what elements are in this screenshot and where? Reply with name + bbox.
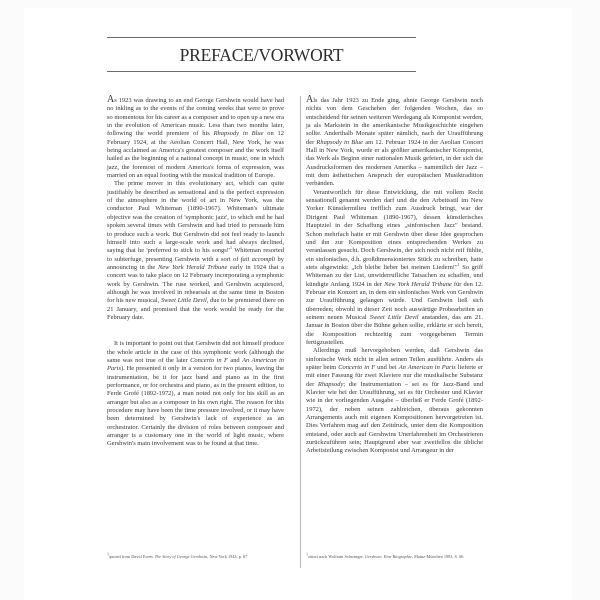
german-footnote: 1zitiert nach Wolfram Schwinger, Gershwi… — [306, 554, 483, 560]
german-paragraph-2: Verantwortlich für diese Entwicklung, di… — [306, 189, 483, 348]
english-paragraph-2: The prime mover in this evolutionary act… — [107, 180, 284, 322]
column-divider — [300, 96, 301, 568]
page-title: PREFACE/VORWORT — [107, 45, 416, 65]
german-paragraph-1: Als das Jahr 1923 zu Ende ging, ahnte Ge… — [306, 96, 483, 189]
drop-cap-letter: A — [306, 94, 313, 105]
title-rule-bottom — [107, 71, 416, 72]
english-paragraph-3: It is important to point out that Gershw… — [107, 340, 284, 448]
english-footnote: 1quoted from David Ewen, The Story of Ge… — [107, 554, 284, 560]
english-column: As 1923 was drawing to an end George Ger… — [107, 96, 284, 449]
drop-cap-letter: A — [107, 94, 114, 105]
german-paragraph-3: Allerdings muß hervorgehoben werden, daß… — [306, 347, 483, 455]
german-column: Als das Jahr 1923 zu Ende ging, ahnte Ge… — [306, 96, 483, 456]
title-rule-top — [107, 37, 416, 38]
english-paragraph-1: As 1923 was drawing to an end George Ger… — [107, 96, 284, 180]
